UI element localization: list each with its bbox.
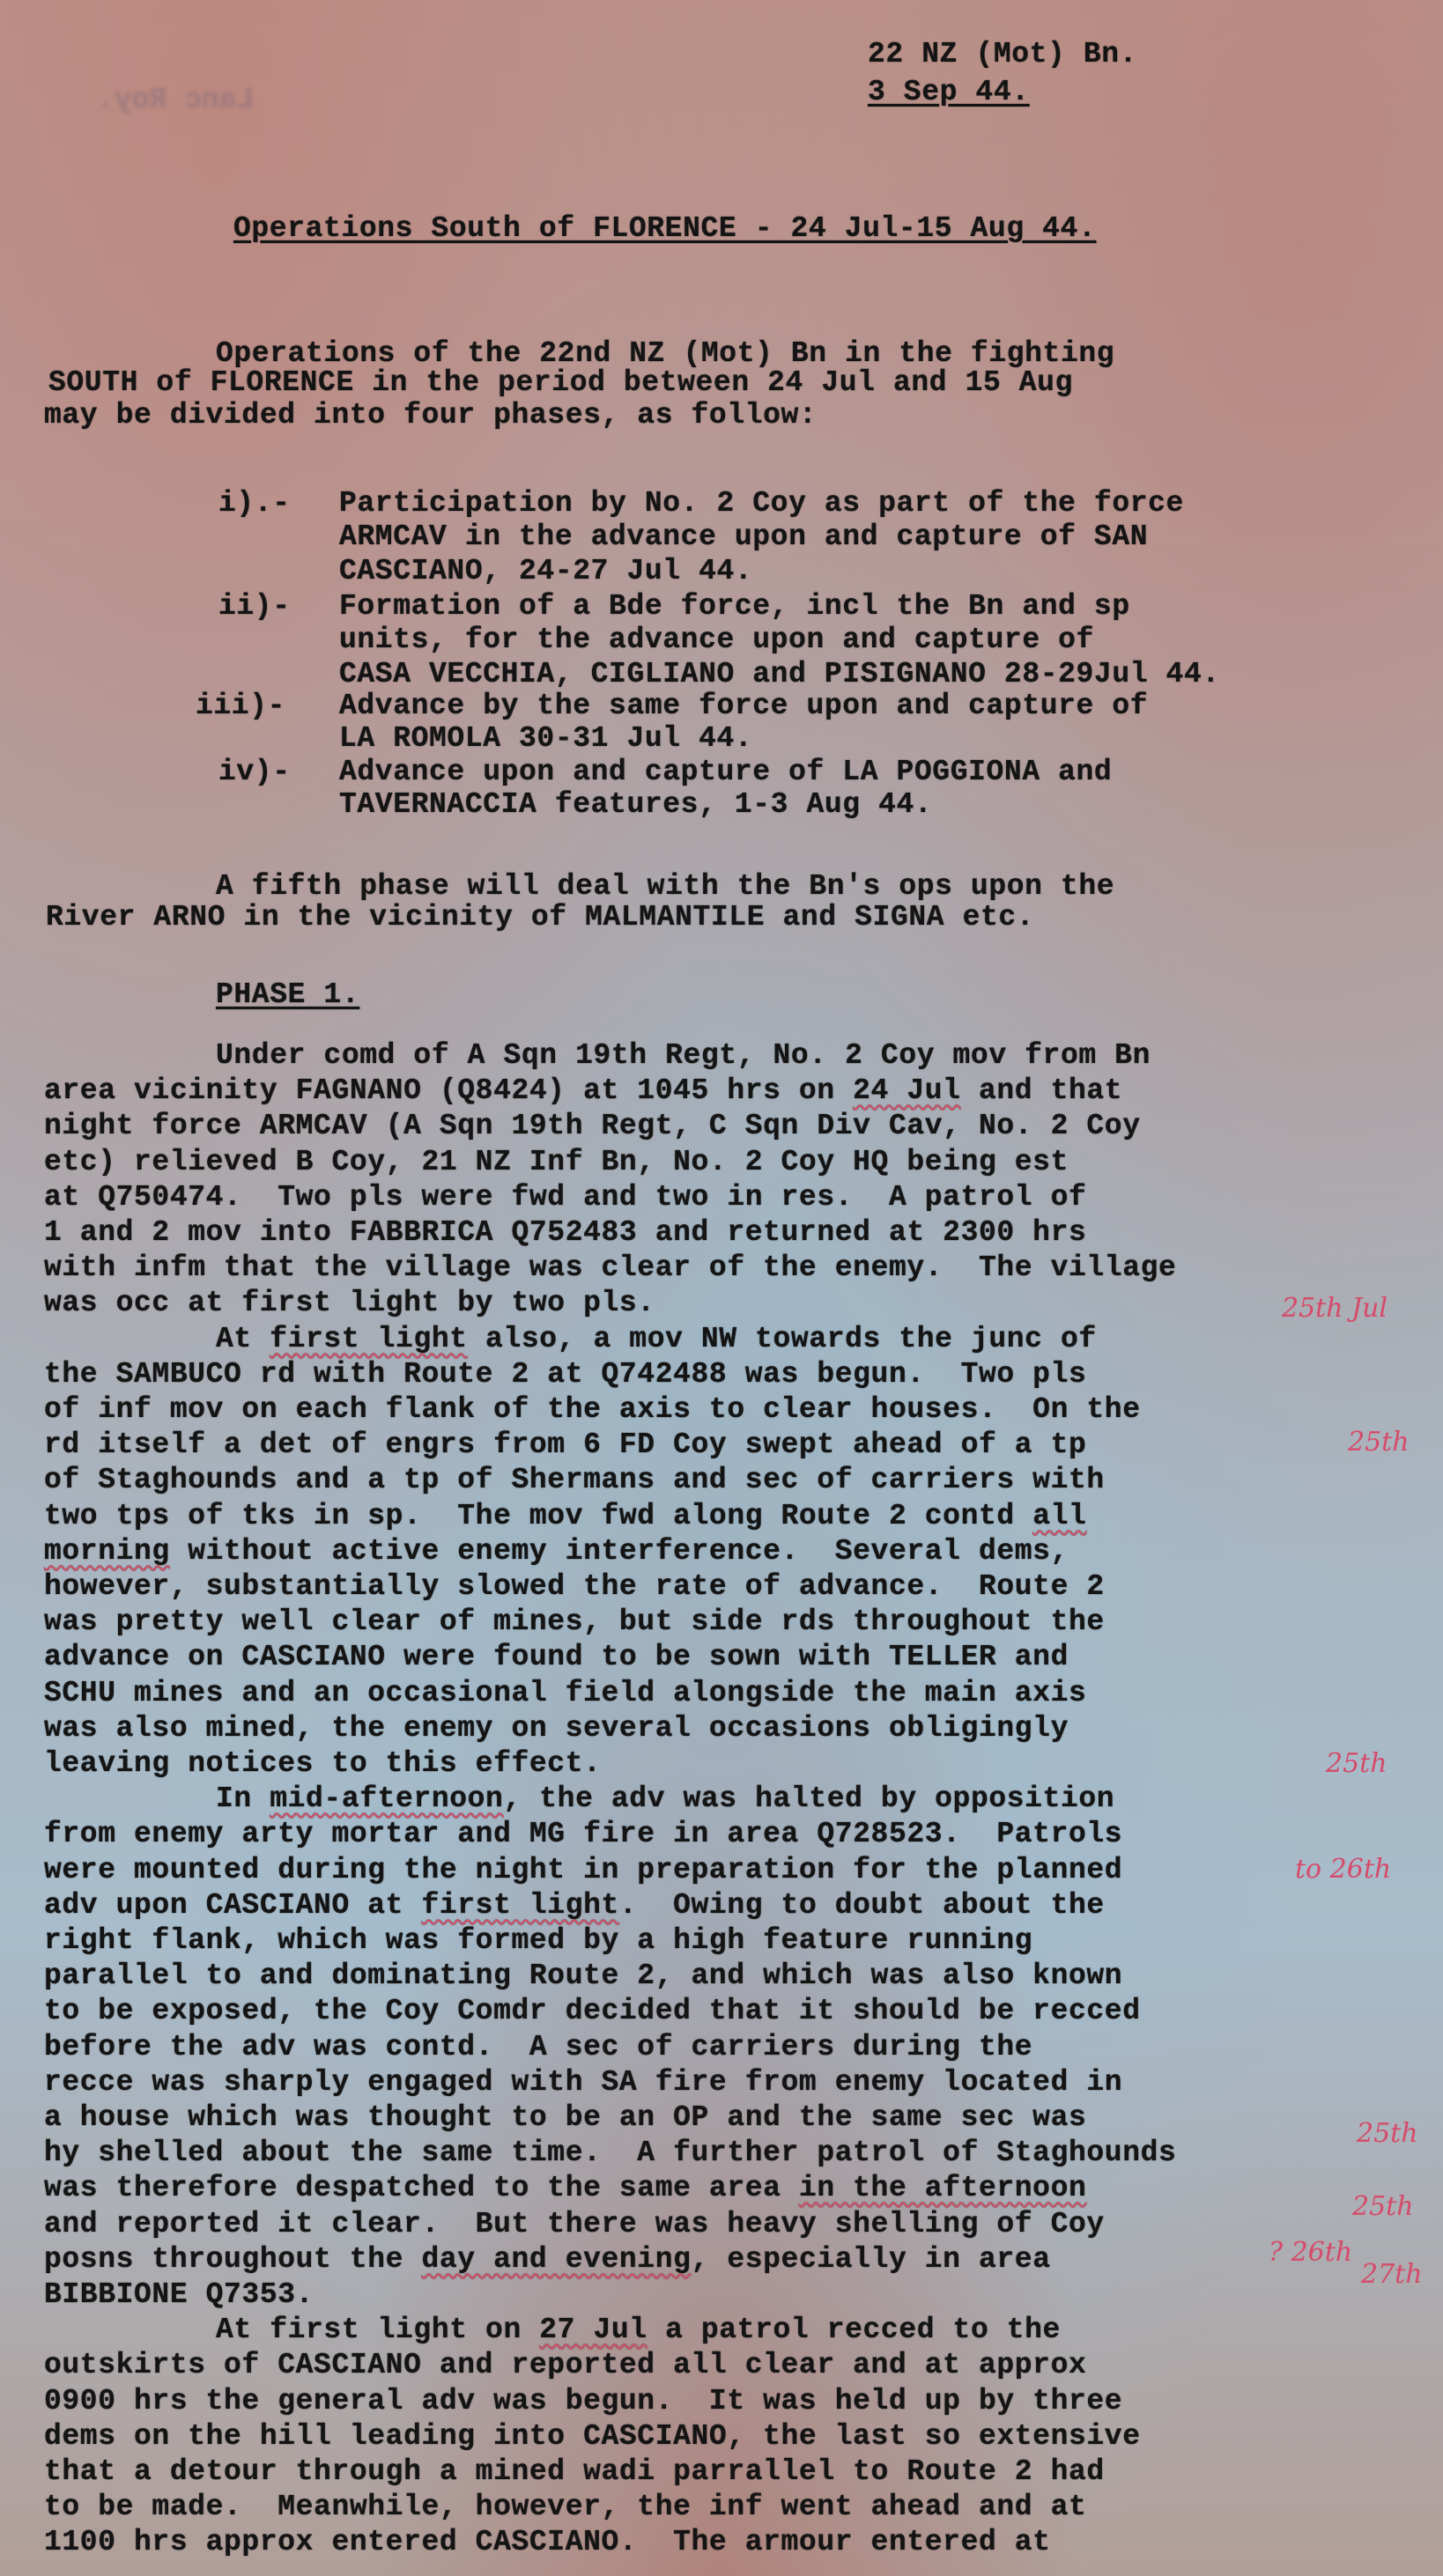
body-line: At first light also, a mov NW towards th… — [216, 1325, 1097, 1354]
red-pencil-underline: first light — [421, 1889, 618, 1922]
body-line: with infm that the village was clear of … — [44, 1253, 1176, 1282]
body-line: etc) relieved B Coy, 21 NZ Inf Bn, No. 2… — [44, 1148, 1069, 1177]
bleed-through-text: Lanc Roy. — [97, 84, 254, 116]
body-line: was also mined, the enemy on several occ… — [44, 1714, 1069, 1743]
body-line: area vicinity FAGNANO (Q8424) at 1045 hr… — [44, 1076, 1122, 1105]
body-line: was pretty well clear of mines, but side… — [44, 1607, 1105, 1636]
body-line: dems on the hill leading into CASCIANO, … — [44, 2422, 1141, 2451]
body-line: from enemy arty mortar and MG fire in ar… — [44, 1819, 1122, 1849]
document-title: Operations South of FLORENCE - 24 Jul-15… — [233, 214, 1096, 243]
body-line: adv upon CASCIANO at first light. Owing … — [44, 1891, 1105, 1920]
phase-number: i).- — [218, 489, 291, 518]
body-line: two tps of tks in sp. The mov fwd along … — [44, 1502, 1086, 1531]
red-margin-date-note: 27th — [1361, 2259, 1423, 2290]
body-line: Under comd of A Sqn 19th Regt, No. 2 Coy… — [216, 1041, 1151, 1070]
typed-document-page: Lanc Roy. 22 NZ (Mot) Bn. 3 Sep 44. Oper… — [0, 0, 1443, 2576]
phase-description-line: Advance upon and capture of LA POGGIONA … — [339, 757, 1112, 786]
body-line: BIBBIONE Q7353. — [44, 2280, 314, 2309]
phase-description-line: units, for the advance upon and capture … — [339, 625, 1094, 654]
body-line: At first light on 27 Jul a patrol recced… — [216, 2315, 1061, 2344]
red-pencil-underline: mid-afternoon — [270, 1783, 503, 1815]
body-line: of Staghounds and a tp of Shermans and s… — [44, 1465, 1105, 1495]
body-line: that a detour through a mined wadi parra… — [44, 2457, 1105, 2486]
phase-description-line: Participation by No. 2 Coy as part of th… — [339, 489, 1184, 518]
body-line: at Q750474. Two pls were fwd and two in … — [44, 1183, 1086, 1212]
phase-description-line: LA ROMOLA 30-31 Jul 44. — [339, 724, 752, 753]
phase-description-line: CASCIANO, 24-27 Jul 44. — [339, 557, 752, 586]
red-pencil-underline: 27 Jul — [539, 2314, 647, 2346]
body-line: rd itself a det of engrs from 6 FD Coy s… — [44, 1430, 1086, 1459]
body-line: was occ at first light by two pls. — [44, 1288, 655, 1318]
body-line: of inf mov on each flank of the axis to … — [44, 1395, 1141, 1424]
body-line: posns throughout the day and evening, es… — [44, 2245, 1051, 2274]
red-pencil-underline: day and evening — [421, 2243, 691, 2276]
red-margin-date-note: 25th Jul — [1282, 1293, 1387, 1324]
body-line: morning without active enemy interferenc… — [44, 1537, 1069, 1566]
body-line: to be made. Meanwhile, however, the inf … — [44, 2492, 1086, 2521]
body-line: to be exposed, the Coy Comdr decided tha… — [44, 1997, 1141, 2026]
phase-number: iv)- — [218, 757, 291, 786]
red-margin-date-note: 25th — [1348, 1427, 1410, 1458]
red-margin-date-note: to 26th — [1295, 1854, 1391, 1885]
red-pencil-underline: morning — [44, 1535, 170, 1568]
body-line: right flank, which was formed by a high … — [44, 1926, 1032, 1955]
red-margin-date-note: 25th — [1357, 2118, 1418, 2149]
red-pencil-underline: in the afternoon — [799, 2172, 1086, 2204]
body-line: hy shelled about the same time. A furthe… — [44, 2138, 1176, 2167]
phase-description-line: CASA VECCHIA, CIGLIANO and PISIGNANO 28-… — [339, 660, 1220, 689]
body-line: before the adv was contd. A sec of carri… — [44, 2033, 1032, 2062]
unit-header: 22 NZ (Mot) Bn. — [868, 40, 1137, 69]
body-line: and reported it clear. But there was hea… — [44, 2210, 1105, 2239]
fifth-phase-line: A fifth phase will deal with the Bn's op… — [216, 872, 1114, 901]
intro-line: may be divided into four phases, as foll… — [44, 401, 817, 430]
body-line: however, substantially slowed the rate o… — [44, 1572, 1105, 1601]
document-date: 3 Sep 44. — [868, 78, 1030, 107]
body-line: leaving notices to this effect. — [44, 1749, 602, 1778]
body-line: 0900 hrs the general adv was begun. It w… — [44, 2387, 1122, 2416]
red-margin-date-note: ? 26th — [1269, 2237, 1352, 2268]
phase-number: ii)- — [218, 592, 291, 621]
red-pencil-underline: first light — [270, 1323, 467, 1355]
red-pencil-underline: all — [1032, 1500, 1086, 1532]
body-line: was therefore despatched to the same are… — [44, 2174, 1086, 2203]
phase-description-line: Advance by the same force upon and captu… — [339, 691, 1148, 720]
body-line: were mounted during the night in prepara… — [44, 1856, 1122, 1885]
body-line: 1100 hrs approx entered CASCIANO. The ar… — [44, 2528, 1051, 2557]
body-line: SCHU mines and an occasional field along… — [44, 1679, 1086, 1708]
body-line: advance on CASCIANO were found to be sow… — [44, 1642, 1069, 1672]
phase-number: iii)- — [196, 691, 285, 720]
intro-line: Operations of the 22nd NZ (Mot) Bn in th… — [216, 339, 1114, 368]
body-line: 1 and 2 mov into FABBRICA Q752483 and re… — [44, 1218, 1086, 1247]
body-line: the SAMBUCO rd with Route 2 at Q742488 w… — [44, 1360, 1086, 1389]
red-margin-date-note: 25th — [1326, 1748, 1387, 1779]
body-line: parallel to and dominating Route 2, and … — [44, 1961, 1122, 1990]
red-margin-date-note: 25th — [1352, 2191, 1414, 2222]
fifth-phase-line: River ARNO in the vicinity of MALMANTILE… — [46, 903, 1034, 932]
intro-line: SOUTH of FLORENCE in the period between … — [48, 368, 1073, 397]
phase-description-line: Formation of a Bde force, incl the Bn an… — [339, 592, 1130, 621]
body-line: a house which was thought to be an OP an… — [44, 2103, 1086, 2132]
body-line: recce was sharply engaged with SA fire f… — [44, 2068, 1122, 2097]
body-line: In mid-afternoon, the adv was halted by … — [216, 1784, 1114, 1813]
phase1-heading: PHASE 1. — [216, 980, 359, 1009]
phase-description-line: TAVERNACCIA features, 1-3 Aug 44. — [339, 790, 932, 819]
red-pencil-underline: 24 Jul — [853, 1074, 960, 1107]
body-line: outskirts of CASCIANO and reported all c… — [44, 2351, 1086, 2380]
body-line: night force ARMCAV (A Sqn 19th Regt, C S… — [44, 1111, 1141, 1140]
phase-description-line: ARMCAV in the advance upon and capture o… — [339, 522, 1148, 551]
